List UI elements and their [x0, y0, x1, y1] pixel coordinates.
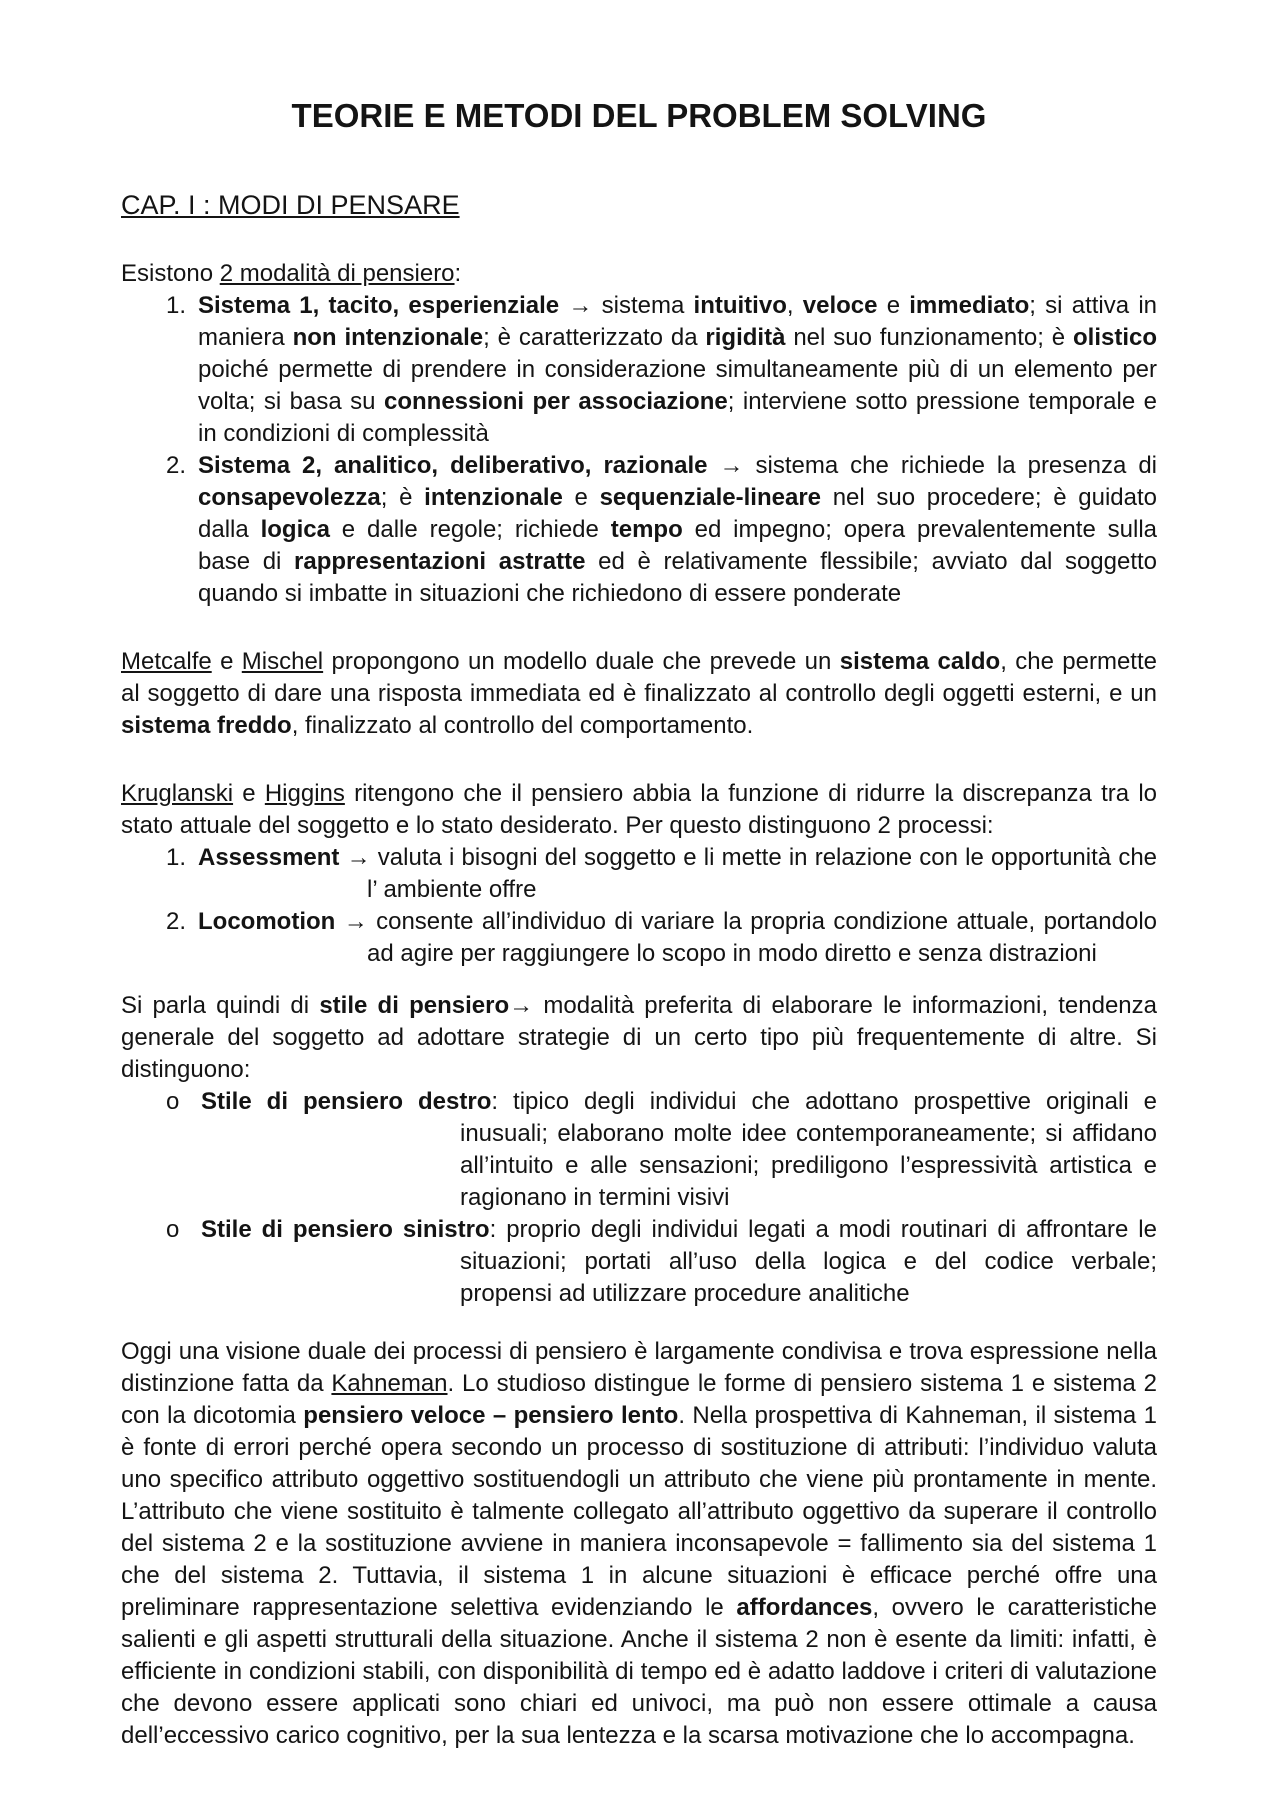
- assessment-item: 1. Assessment → valuta i bisogni del sog…: [121, 842, 1157, 906]
- list-item-text: Stile di pensiero sinistro: proprio degl…: [201, 1216, 1157, 1307]
- list-item-text: Locomotion → consente all’individuo di v…: [198, 908, 1157, 967]
- list-item-text: Assessment → valuta i bisogni del sogget…: [198, 844, 1157, 903]
- bullet-marker: o: [166, 1214, 179, 1246]
- list-item-text: Stile di pensiero destro: tipico degli i…: [201, 1088, 1157, 1211]
- processes-list: 1. Assessment → valuta i bisogni del sog…: [121, 842, 1157, 970]
- document-page: TEORIE E METODI DEL PROBLEM SOLVING CAP.…: [0, 0, 1280, 1811]
- style-destro-item: o Stile di pensiero destro: tipico degli…: [121, 1086, 1157, 1214]
- list-marker: 2.: [166, 450, 186, 482]
- page-title: TEORIE E METODI DEL PROBLEM SOLVING: [121, 96, 1157, 136]
- thinking-style-paragraph: Si parla quindi di stile di pensiero→ mo…: [121, 990, 1157, 1086]
- thinking-modes-list: 1. Sistema 1, tacito, esperienziale → si…: [121, 290, 1157, 610]
- bullet-marker: o: [166, 1086, 179, 1118]
- list-marker: 2.: [166, 906, 186, 938]
- style-sinistro-item: o Stile di pensiero sinistro: proprio de…: [121, 1214, 1157, 1310]
- chapter-heading: CAP. I : MODI DI PENSARE: [121, 188, 1157, 222]
- metcalfe-paragraph: Metcalfe e Mischel propongono un modello…: [121, 646, 1157, 742]
- list-marker: 1.: [166, 842, 186, 874]
- list-item-text: Sistema 2, analitico, deliberativo, razi…: [198, 452, 1157, 607]
- kahneman-paragraph: Oggi una visione duale dei processi di p…: [121, 1336, 1157, 1752]
- list-marker: 1.: [166, 290, 186, 322]
- system2-item: 2. Sistema 2, analitico, deliberativo, r…: [121, 450, 1157, 610]
- intro-paragraph: Esistono 2 modalità di pensiero:: [121, 258, 1157, 290]
- thinking-styles-list: o Stile di pensiero destro: tipico degli…: [121, 1086, 1157, 1310]
- system1-item: 1. Sistema 1, tacito, esperienziale → si…: [121, 290, 1157, 450]
- kruglanski-paragraph: Kruglanski e Higgins ritengono che il pe…: [121, 778, 1157, 842]
- locomotion-item: 2. Locomotion → consente all’individuo d…: [121, 906, 1157, 970]
- list-item-text: Sistema 1, tacito, esperienziale → siste…: [198, 292, 1157, 447]
